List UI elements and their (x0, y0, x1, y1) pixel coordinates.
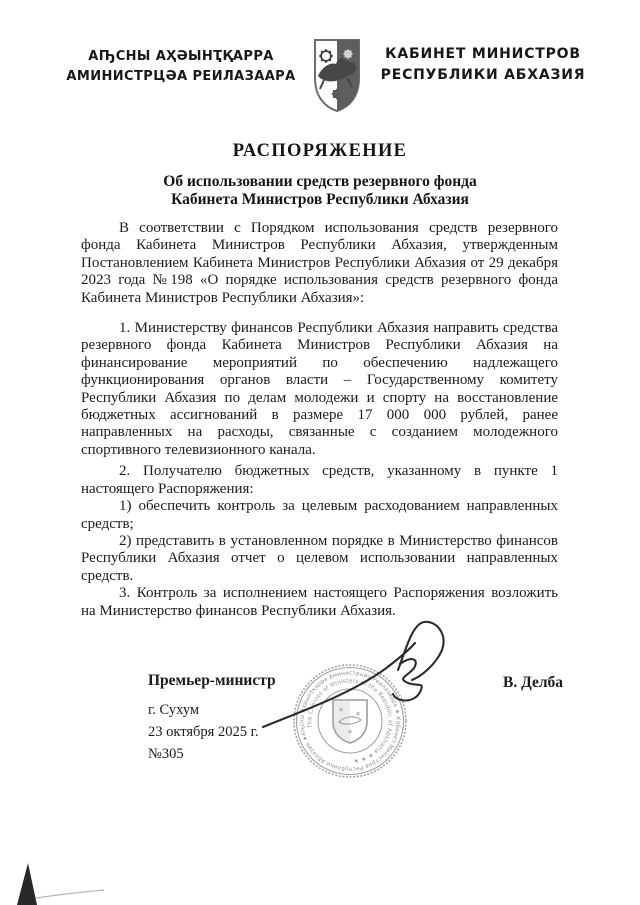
document-body: В соответствии с Порядком использования … (81, 220, 558, 620)
coat-of-arms-icon (311, 37, 363, 115)
letterhead-abkhaz: АҦСНЫ АҲӘЫНҬҚАРРА АМИНИСТРЦӘА РЕИЛАЗААРА (58, 47, 304, 87)
paragraph-item-2: 2. Получателю бюджетных средств, указанн… (81, 463, 558, 498)
document-subtitle-line2: Кабинета Министров Республики Абхазия (0, 191, 640, 209)
paragraph-item-1: 1. Министерству финансов Республики Абха… (81, 320, 558, 459)
letterhead-abkhaz-line1: АҦСНЫ АҲӘЫНҬҚАРРА (58, 47, 304, 67)
letterhead-russian-line2: РЕСПУБЛИКИ АБХАЗИЯ (361, 65, 605, 86)
document-subtitle-line1: Об использовании средств резервного фонд… (0, 173, 640, 191)
signature-date: 23 октября 2025 г. (148, 724, 259, 741)
letterhead-russian: КАБИНЕТ МИНИСТРОВ РЕСПУБЛИКИ АБХАЗИЯ (361, 44, 605, 86)
document-page: АҦСНЫ АҲӘЫНҬҚАРРА АМИНИСТРЦӘА РЕИЛАЗААРА… (0, 0, 640, 905)
signer-name: В. Делба (503, 674, 563, 692)
document-number: №305 (148, 746, 184, 763)
scan-artifact (0, 850, 120, 905)
paragraph-item-2-2: 2) представить в установленном порядке в… (81, 533, 558, 585)
letterhead-russian-line1: КАБИНЕТ МИНИСТРОВ (361, 44, 605, 65)
signature-city: г. Сухум (148, 702, 199, 719)
paragraph-item-2-1: 1) обеспечить контроль за целевым расход… (81, 498, 558, 533)
letterhead-abkhaz-line2: АМИНИСТРЦӘА РЕИЛАЗААРА (58, 67, 304, 87)
document-subtitle: Об использовании средств резервного фонд… (0, 173, 640, 208)
paragraph-preamble: В соответствии с Порядком использования … (81, 220, 558, 307)
handwritten-signature (250, 612, 480, 742)
document-title: РАСПОРЯЖЕНИЕ (0, 141, 640, 162)
